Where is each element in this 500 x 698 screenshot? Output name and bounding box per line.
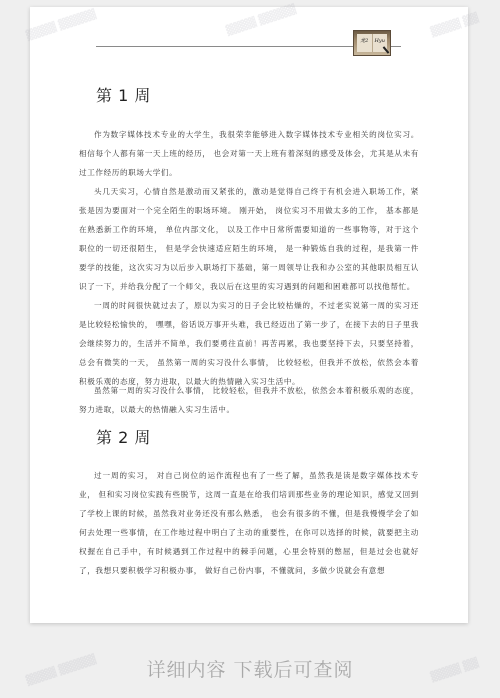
- download-prompt-text: 详细内容 下载后可查阅: [0, 655, 500, 682]
- section-heading-week-2: 第 2 周: [96, 425, 151, 448]
- section-heading-week-1: 第 1 周: [96, 83, 151, 106]
- book-left-page-text: 龙2: [357, 34, 372, 52]
- paragraph: 过一周的实习， 对自己岗位的运作流程也有了一些了解，虽然我是读是数字媒体技术专业…: [79, 466, 419, 580]
- document-page: 龙2 Hyu 第 1 周 作为数字媒体技术专业的大学生，我很荣幸能够进入数字媒体…: [30, 7, 468, 623]
- paragraph: 虽然第一周的实习没什么事情， 比较轻松，但我并不放松，依然会本着积极乐观的态度，…: [79, 381, 419, 419]
- paragraph: 作为数字媒体技术专业的大学生，我很荣幸能够进入数字媒体技术专业相关的岗位实习。相…: [79, 125, 419, 182]
- paragraph: 头几天实习，心情自然是激动而又紧张的，激动是觉得自己终于有机会进入职场工作，紧张…: [79, 182, 419, 296]
- open-book-icon: 龙2 Hyu: [353, 30, 391, 56]
- book-pages: 龙2 Hyu: [357, 34, 387, 52]
- paragraph: 一周的时间很快就过去了，原以为实习的日子会比较枯燥的，不过老实说第一周的实习还是…: [79, 296, 419, 391]
